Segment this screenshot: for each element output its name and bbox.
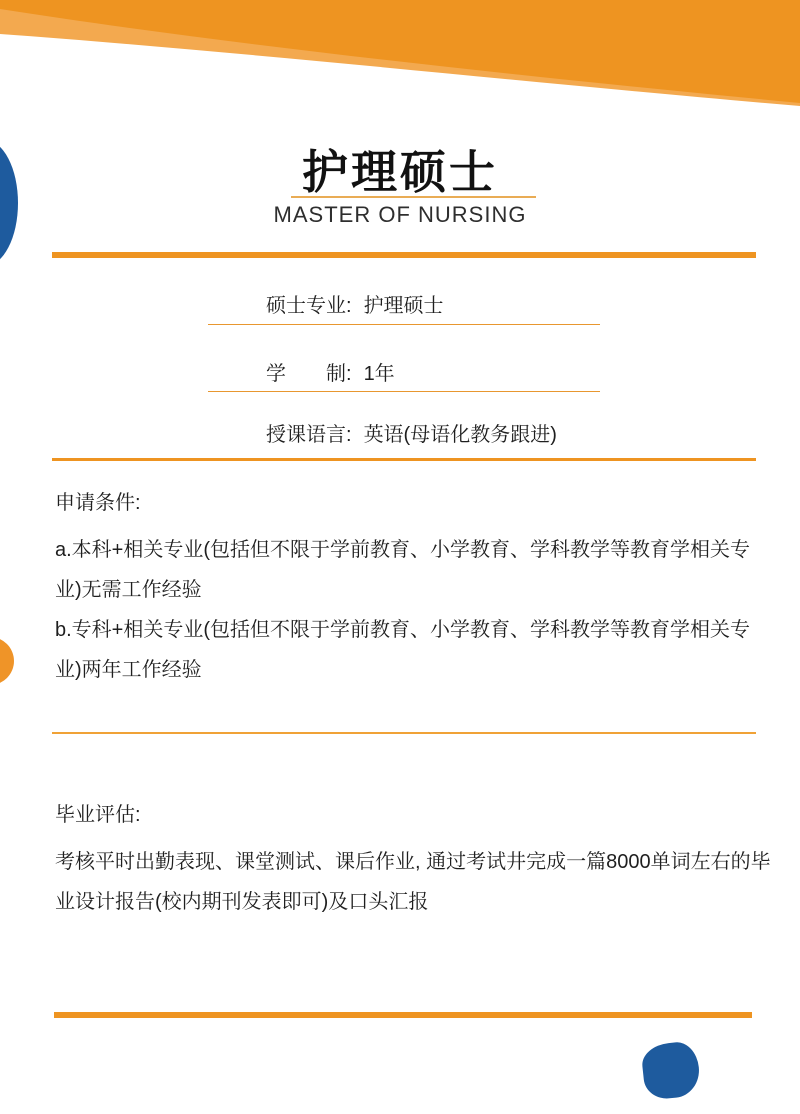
flyer-page: 护理硕士 MASTER OF NURSING 硕士专业:护理硕士 学 制:1年 … <box>0 0 800 1114</box>
bottom-right-blue-pebble <box>640 1040 701 1101</box>
application-requirements-heading: 申请条件: <box>55 490 760 516</box>
field-duration-value: 1年 <box>364 363 395 385</box>
field-language-value: 英语(母语化教务跟进) <box>364 424 557 446</box>
section-graduation-assessment: 毕业评估: 考核平时出勤表现、课堂测试、课后作业, 通过考试井完成一篇8000单… <box>55 802 760 922</box>
field-major-label: 硕士专业: <box>266 295 352 317</box>
divider-sections <box>52 732 756 734</box>
left-edge-orange-circle <box>0 637 14 685</box>
field-duration: 学 制:1年 <box>266 357 395 386</box>
divider-bottom <box>54 1012 752 1018</box>
field-duration-label: 学 制: <box>266 363 352 385</box>
field-major: 硕士专业:护理硕士 <box>266 289 444 318</box>
page-title: 护理硕士 <box>0 136 800 202</box>
text-line: a.本科+相关专业(包括但不限于学前教育、小学教育、学科教学等教育学相关专 <box>55 530 760 570</box>
field-separator <box>208 391 600 392</box>
field-language: 授课语言:英语(母语化教务跟进) <box>266 418 557 447</box>
field-separator <box>208 324 600 325</box>
divider-fields-bottom <box>52 458 756 461</box>
field-major-value: 护理硕士 <box>364 295 444 317</box>
text-line: 业)无需工作经验 <box>55 570 760 610</box>
page-subtitle: MASTER OF NURSING <box>0 202 800 228</box>
text-line: 业设计报告(校内期刊发表即可)及口头汇报 <box>55 882 760 922</box>
divider-top <box>52 252 756 258</box>
field-language-label: 授课语言: <box>266 424 352 446</box>
graduation-assessment-body: 考核平时出勤表现、课堂测试、课后作业, 通过考试井完成一篇8000单词左右的毕业… <box>55 842 760 922</box>
text-line: b.专科+相关专业(包括但不限于学前教育、小学教育、学科教学等教育学相关专 <box>55 610 760 650</box>
title-underline <box>291 196 536 198</box>
text-line: 业)两年工作经验 <box>55 650 760 690</box>
graduation-assessment-heading: 毕业评估: <box>55 802 760 828</box>
application-requirements-body: a.本科+相关专业(包括但不限于学前教育、小学教育、学科教学等教育学相关专业)无… <box>55 530 760 690</box>
text-line: 考核平时出勤表现、课堂测试、课后作业, 通过考试井完成一篇8000单词左右的毕 <box>55 842 760 882</box>
section-application-requirements: 申请条件: a.本科+相关专业(包括但不限于学前教育、小学教育、学科教学等教育学… <box>55 490 760 690</box>
